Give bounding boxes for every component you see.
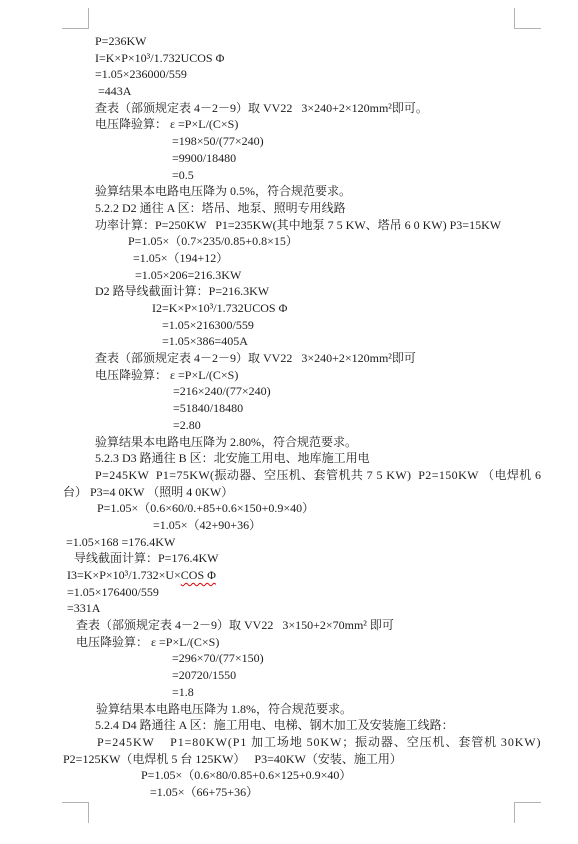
document-line: 查表（部颁规定表 4－2－9）取 VV22 3×150+2×70mm² 即可 (0, 617, 578, 634)
document-line: 5.2.3 D3 路通往 B 区：北安施工用电、地库施工用电 (0, 450, 578, 467)
document-line: =331A (0, 600, 578, 617)
document-line: 验算结果本电路电压降为 1.8%，符合规范要求。 (0, 701, 578, 718)
document-line: 查表（部颁规定表 4－2－9）取 VV22 3×240+2×120mm²即可。 (0, 100, 578, 117)
document-line: P=1.05×（0.7×235/0.85+0.8×15） (0, 233, 578, 250)
document-line: P=1.05×（0.6×80/0.85+0.6×125+0.9×40） (0, 767, 578, 784)
document-line: =1.05×（194+12） (0, 250, 578, 267)
document-line: I3=K×P×10³/1.732×U×COS Φ (0, 567, 578, 584)
document-line: 导线截面计算：P=176.4KW (0, 550, 578, 567)
document-line: =198×50/(77×240) (0, 133, 578, 150)
document-line: =2.80 (0, 417, 578, 434)
document-line: =1.8 (0, 684, 578, 701)
document-line: I2=K×P×10³/1.732UCOS Φ (0, 300, 578, 317)
document-line: P=245KW P1=80KW(P1 加工场地 50KW；振动器、空压机、套管机… (0, 734, 578, 751)
document-line: =51840/18480 (0, 400, 578, 417)
document-line: =1.05×168 =176.4KW (0, 534, 578, 551)
document-page: P=236KWI=K×P×10³/1.732UCOS Φ=1.05×236000… (0, 0, 578, 844)
document-line: 验算结果本电路电压降为 2.80%，符合规范要求。 (0, 434, 578, 451)
document-line: 功率计算：P=250KW P1=235KW(其中地泵 7 5 KW、塔吊 6 0… (0, 217, 578, 234)
document-line: 电压降验算： ε =P×L/(C×S) (0, 116, 578, 133)
document-line: P2=125KW（电焊机 5 台 125KW） P3=40KW（安装、施工用） (0, 751, 578, 768)
document-line: 电压降验算： ε =P×L/(C×S) (0, 367, 578, 384)
crop-mark-bottom-left (62, 802, 89, 823)
document-line: =1.05×206=216.3KW (0, 267, 578, 284)
document-line: =1.05×386=405A (0, 333, 578, 350)
document-line: =1.05×（66+75+36） (0, 784, 578, 801)
document-line: =1.05×（42+90+36） (0, 517, 578, 534)
document-line: P=245KW P1=75KW(振动器、空压机、套管机共 7 5 KW) P2=… (0, 467, 578, 484)
document-line: 查表（部颁规定表 4－2－9）取 VV22 3×240+2×120mm²即可 (0, 350, 578, 367)
document-line: =443A (0, 83, 578, 100)
spellcheck-flagged-text: COS Φ (181, 568, 216, 582)
document-line: D2 路导线截面计算：P=216.3KW (0, 283, 578, 300)
document-line: =0.5 (0, 167, 578, 184)
document-line: P=1.05×（0.6×60/0.+85+0.6×150+0.9×40） (0, 500, 578, 517)
document-line: 5.2.4 D4 路通往 A 区：施工用电、电梯、钢木加工及安装施工线路： (0, 717, 578, 734)
document-line: 电压降验算： ε =P×L/(C×S) (0, 634, 578, 651)
document-text: I3=K×P×10³/1.732×U× (67, 568, 181, 582)
document-line: =216×240/(77×240) (0, 383, 578, 400)
document-line: =296×70/(77×150) (0, 650, 578, 667)
crop-mark-top-right (514, 8, 541, 29)
document-line: 验算结果本电路电压降为 0.5%，符合规范要求。 (0, 183, 578, 200)
crop-mark-top-left (62, 8, 89, 29)
document-line: =20720/1550 (0, 667, 578, 684)
document-line: =1.05×176400/559 (0, 584, 578, 601)
crop-mark-bottom-right (514, 802, 541, 823)
document-line: =1.05×236000/559 (0, 66, 578, 83)
document-line: =9900/18480 (0, 150, 578, 167)
document-line: P=236KW (0, 33, 578, 50)
document-body: P=236KWI=K×P×10³/1.732UCOS Φ=1.05×236000… (0, 33, 578, 801)
document-line: =1.05×216300/559 (0, 317, 578, 334)
document-line: I=K×P×10³/1.732UCOS Φ (0, 50, 578, 67)
document-line: 5.2.2 D2 通往 A 区：塔吊、地泵、照明专用线路 (0, 200, 578, 217)
document-line: 台） P3=4 0KW （照明 4 0KW） (0, 484, 578, 501)
